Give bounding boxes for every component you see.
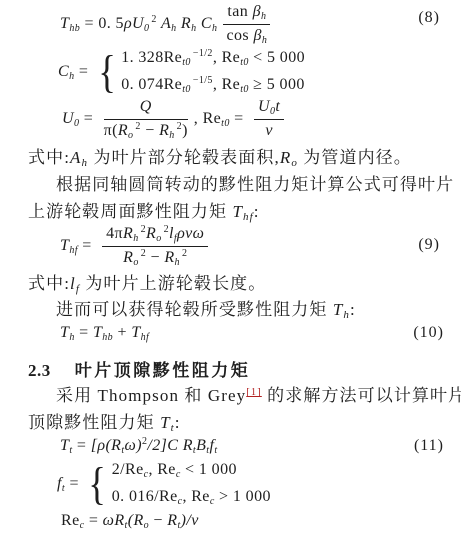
math-token: < 5 000 [249, 49, 305, 66]
math-token: T [60, 324, 69, 341]
math-sub: o [291, 157, 298, 169]
math-token: R [177, 15, 192, 32]
math-token: /2]C R [147, 437, 193, 454]
math-token: 2/Re [112, 461, 144, 478]
math-token: T [60, 15, 69, 32]
piecewise-cases: { 2/Rec, Rec < 1 000 0. 016/Rec, Rec > 1… [86, 461, 271, 507]
fraction-denominator: Ro2 − Rh2 [102, 247, 208, 269]
text-run: 上游轮毂周面黟性阻力矩 [28, 202, 232, 221]
equation-ch-piecewise: Ch = { 1. 328Ret0−1/2, Ret0 < 5 000 0. 0… [58, 47, 305, 97]
math-sub: hb [102, 332, 113, 343]
equation-8: Thb = 0. 5ρU02 Ah Rh Ch tan βh cos βh [60, 1, 273, 47]
fraction-denominator: π(Ro2 − Rh2) [104, 120, 188, 142]
fraction-denominator: ν [254, 120, 284, 142]
math-token: = [80, 15, 98, 32]
text-run: : [350, 300, 356, 319]
math-sub: t0 [240, 57, 249, 68]
fraction: tan βh cos βh [223, 2, 270, 47]
math-token: = [230, 110, 248, 127]
math-sub: h [169, 130, 174, 141]
case-row: 1. 328Ret0−1/2, Ret0 < 5 000 [121, 49, 305, 68]
math-sub: hf [141, 332, 150, 343]
math-token: T [93, 324, 102, 341]
equation-rec: Rec = ωRt(Ro − Rt)/ν [61, 512, 199, 531]
math-token: R [123, 249, 133, 266]
math-token: 0. 5 [98, 15, 124, 32]
math-token: R [167, 512, 177, 529]
math-token: Re [61, 512, 80, 529]
math-token: [ρ(R [91, 437, 122, 454]
math-token: ρνω [177, 225, 204, 242]
left-brace: { [89, 461, 107, 507]
math-sup: −1/2 [193, 48, 213, 59]
section-heading-2-3: 2.3叶片顶隙黟性阻力矩 [28, 356, 250, 381]
math-sub: t0 [240, 84, 249, 95]
math-token: = [75, 324, 93, 341]
math-token: R [164, 249, 174, 266]
para-thompson-grey-line2: 顶隙黟性阻力矩 Tt: [28, 411, 181, 435]
equation-10: Th = Thb + Thf [60, 324, 149, 343]
math-token: cos [227, 27, 254, 44]
math-token: , Re [194, 110, 221, 127]
math-token: , Re [182, 488, 209, 505]
math-token: C [197, 15, 212, 32]
math-token: 0. 074Re [121, 76, 182, 93]
equation-u0-lhs: U0 = [62, 110, 98, 129]
para-note-lf: 式中:lf 为叶片上游轮毂长度。 [28, 272, 266, 296]
math-sub: t0 [182, 84, 191, 95]
equation-9-lhs: Thf = [60, 237, 96, 256]
text-run: 顶隙黟性阻力矩 [28, 413, 160, 432]
equation-11: Tt = [ρ(Rtω)2/2]C RtBtft [60, 437, 218, 456]
citation-ref-1[interactable]: [1] [246, 387, 262, 398]
math-token: = [79, 110, 97, 127]
math-token: T [131, 324, 140, 341]
text-run: 为叶片上游轮毂长度。 [80, 274, 266, 293]
math-token: R [280, 148, 291, 167]
math-token: − [141, 122, 159, 139]
text-run: 式中: [28, 148, 70, 167]
math-token: )/ν [181, 512, 199, 529]
math-token: R [159, 122, 169, 139]
para-hub-viscous-line2: 上游轮毂周面黟性阻力矩 Thf: [28, 200, 260, 224]
para-thompson-grey-line1: 采用 Thompson 和 Grey[1] 的求解方法可以计算叶片 [28, 384, 461, 408]
equation-number-8: (8) [418, 9, 440, 27]
math-sub: o [156, 233, 161, 244]
fraction: 4πRh2Ro2lfρνω Ro2 − Rh2 [102, 224, 208, 269]
math-token: β [253, 3, 261, 20]
math-token: < 1 000 [181, 461, 237, 478]
math-token: + [113, 324, 131, 341]
math-sub: 0 [144, 23, 149, 34]
math-sub: h [175, 257, 180, 268]
math-sup: −1/5 [193, 75, 213, 86]
math-token: 4π [106, 225, 123, 242]
math-token: ) [182, 122, 188, 139]
paper-page: Thb = 0. 5ρU02 Ah Rh Ch tan βh cos βh (8… [0, 0, 461, 540]
piecewise-cases: { 1. 328Ret0−1/2, Ret0 < 5 000 0. 074Ret… [96, 49, 305, 95]
math-token: T [333, 300, 344, 319]
math-sub: hb [69, 23, 80, 34]
math-sub: t [214, 445, 217, 456]
math-token: T [60, 437, 69, 454]
math-token: t [275, 98, 280, 115]
equation-re-lhs: , Ret0 = [194, 110, 248, 129]
math-token: = [65, 475, 83, 492]
math-token: T [232, 202, 243, 221]
fraction-numerator: U0t [254, 97, 284, 120]
math-token: ≥ 5 000 [249, 76, 305, 93]
math-token: − [146, 249, 164, 266]
fraction-numerator: 4πRh2Ro2lfρνω [102, 224, 208, 247]
fraction-denominator: cos βh [223, 25, 270, 47]
math-token: 0. 016/Re [112, 488, 178, 505]
case-list: 1. 328Ret0−1/2, Ret0 < 5 000 0. 074Ret0−… [121, 49, 305, 95]
math-token: tan [227, 3, 252, 20]
fraction-numerator: tan βh [223, 2, 270, 25]
math-token: > 1 000 [215, 488, 271, 505]
math-sub: t0 [182, 57, 191, 68]
math-token: U [258, 98, 270, 115]
equation-ft-piecewise: ft = { 2/Rec, Rec < 1 000 0. 016/Rec, Re… [57, 460, 271, 508]
math-token: A [70, 148, 81, 167]
case-row: 0. 016/Rec, Rec > 1 000 [112, 488, 271, 507]
math-token: ν [265, 122, 273, 139]
math-token: A [157, 15, 171, 32]
math-token: (R [128, 512, 144, 529]
math-token: ωR [103, 512, 125, 529]
case-row: 2/Rec, Rec < 1 000 [112, 461, 271, 480]
equation-9: Thf = 4πRh2Ro2lfρνω Ro2 − Rh2 [60, 223, 211, 270]
math-sub: h [133, 233, 138, 244]
text-run: 为叶片部分轮毂表面积, [88, 148, 280, 167]
math-token: − [149, 512, 167, 529]
math-token: Q [140, 98, 152, 115]
math-token: R [123, 225, 133, 242]
math-token: ρU [124, 15, 144, 32]
math-sub: h [261, 11, 266, 22]
math-token: = [84, 512, 102, 529]
math-token: , Re [148, 461, 175, 478]
para-further: 进而可以获得轮毂所受黟性阻力矩 Th: [28, 298, 356, 322]
equation-8-body: Thb = 0. 5ρU02 Ah Rh Ch [60, 15, 217, 34]
equation-number-10: (10) [413, 324, 444, 342]
math-token: β [253, 27, 261, 44]
math-token: = [78, 237, 96, 254]
text-run: 进而可以获得轮毂所受黟性阻力矩 [56, 300, 333, 319]
math-sub: h [212, 23, 217, 34]
math-token: = [73, 437, 91, 454]
text-run: 根据同轴圆筒转动的黟性阻力矩计算公式可得叶片 [56, 175, 454, 194]
math-token: = [74, 63, 92, 80]
math-token: B [196, 437, 206, 454]
math-sup: 2 [182, 248, 187, 259]
case-row: 0. 074Ret0−1/5, Ret0 ≥ 5 000 [121, 76, 305, 95]
text-run: : [175, 413, 181, 432]
math-token: U [62, 110, 74, 127]
math-token: , Re [213, 49, 240, 66]
math-sub: hf [69, 245, 78, 256]
case-list: 2/Rec, Rec < 1 000 0. 016/Rec, Rec > 1 0… [112, 461, 271, 507]
text-run: : [254, 202, 260, 221]
text-run: 的求解方法可以计算叶片 [262, 386, 461, 405]
math-sub: o [128, 130, 133, 141]
math-token: T [60, 237, 69, 254]
math-token: T [160, 413, 171, 432]
math-token: R [146, 225, 156, 242]
math-token: ω) [125, 437, 142, 454]
math-sub: hf [243, 211, 254, 223]
text-run: 采用 Thompson 和 Grey [56, 386, 246, 405]
equation-number-11: (11) [414, 437, 444, 455]
fraction-numerator: Q [104, 97, 188, 120]
left-brace: { [98, 49, 116, 95]
math-token: R [118, 122, 128, 139]
math-token: π( [104, 122, 118, 139]
fraction: U0t ν [254, 97, 284, 142]
math-sub: t0 [221, 118, 230, 129]
para-hub-viscous-line1: 根据同轴圆筒转动的黟性阻力矩计算公式可得叶片 [28, 173, 454, 197]
math-token: 1. 328Re [121, 49, 182, 66]
equation-u0-re: U0 = Q π(Ro2 − Rh2) , Ret0 = U0t ν [62, 96, 287, 142]
equation-number-9: (9) [418, 236, 440, 254]
math-token: , Re [213, 76, 240, 93]
math-sub: h [262, 35, 267, 46]
equation-ch-lhs: Ch = [58, 63, 93, 82]
section-number: 2.3 [28, 361, 51, 380]
para-note-ah: 式中:Ah 为叶片部分轮毂表面积,Ro 为管道内径。 [28, 146, 412, 170]
math-sub: o [133, 257, 138, 268]
equation-ft-lhs: ft = [57, 475, 83, 494]
text-run: 式中: [28, 274, 70, 293]
fraction: Q π(Ro2 − Rh2) [104, 97, 188, 142]
text-run: 为管道内径。 [298, 148, 412, 167]
section-title: 叶片顶隙黟性阻力矩 [75, 361, 251, 380]
math-token: C [58, 63, 69, 80]
